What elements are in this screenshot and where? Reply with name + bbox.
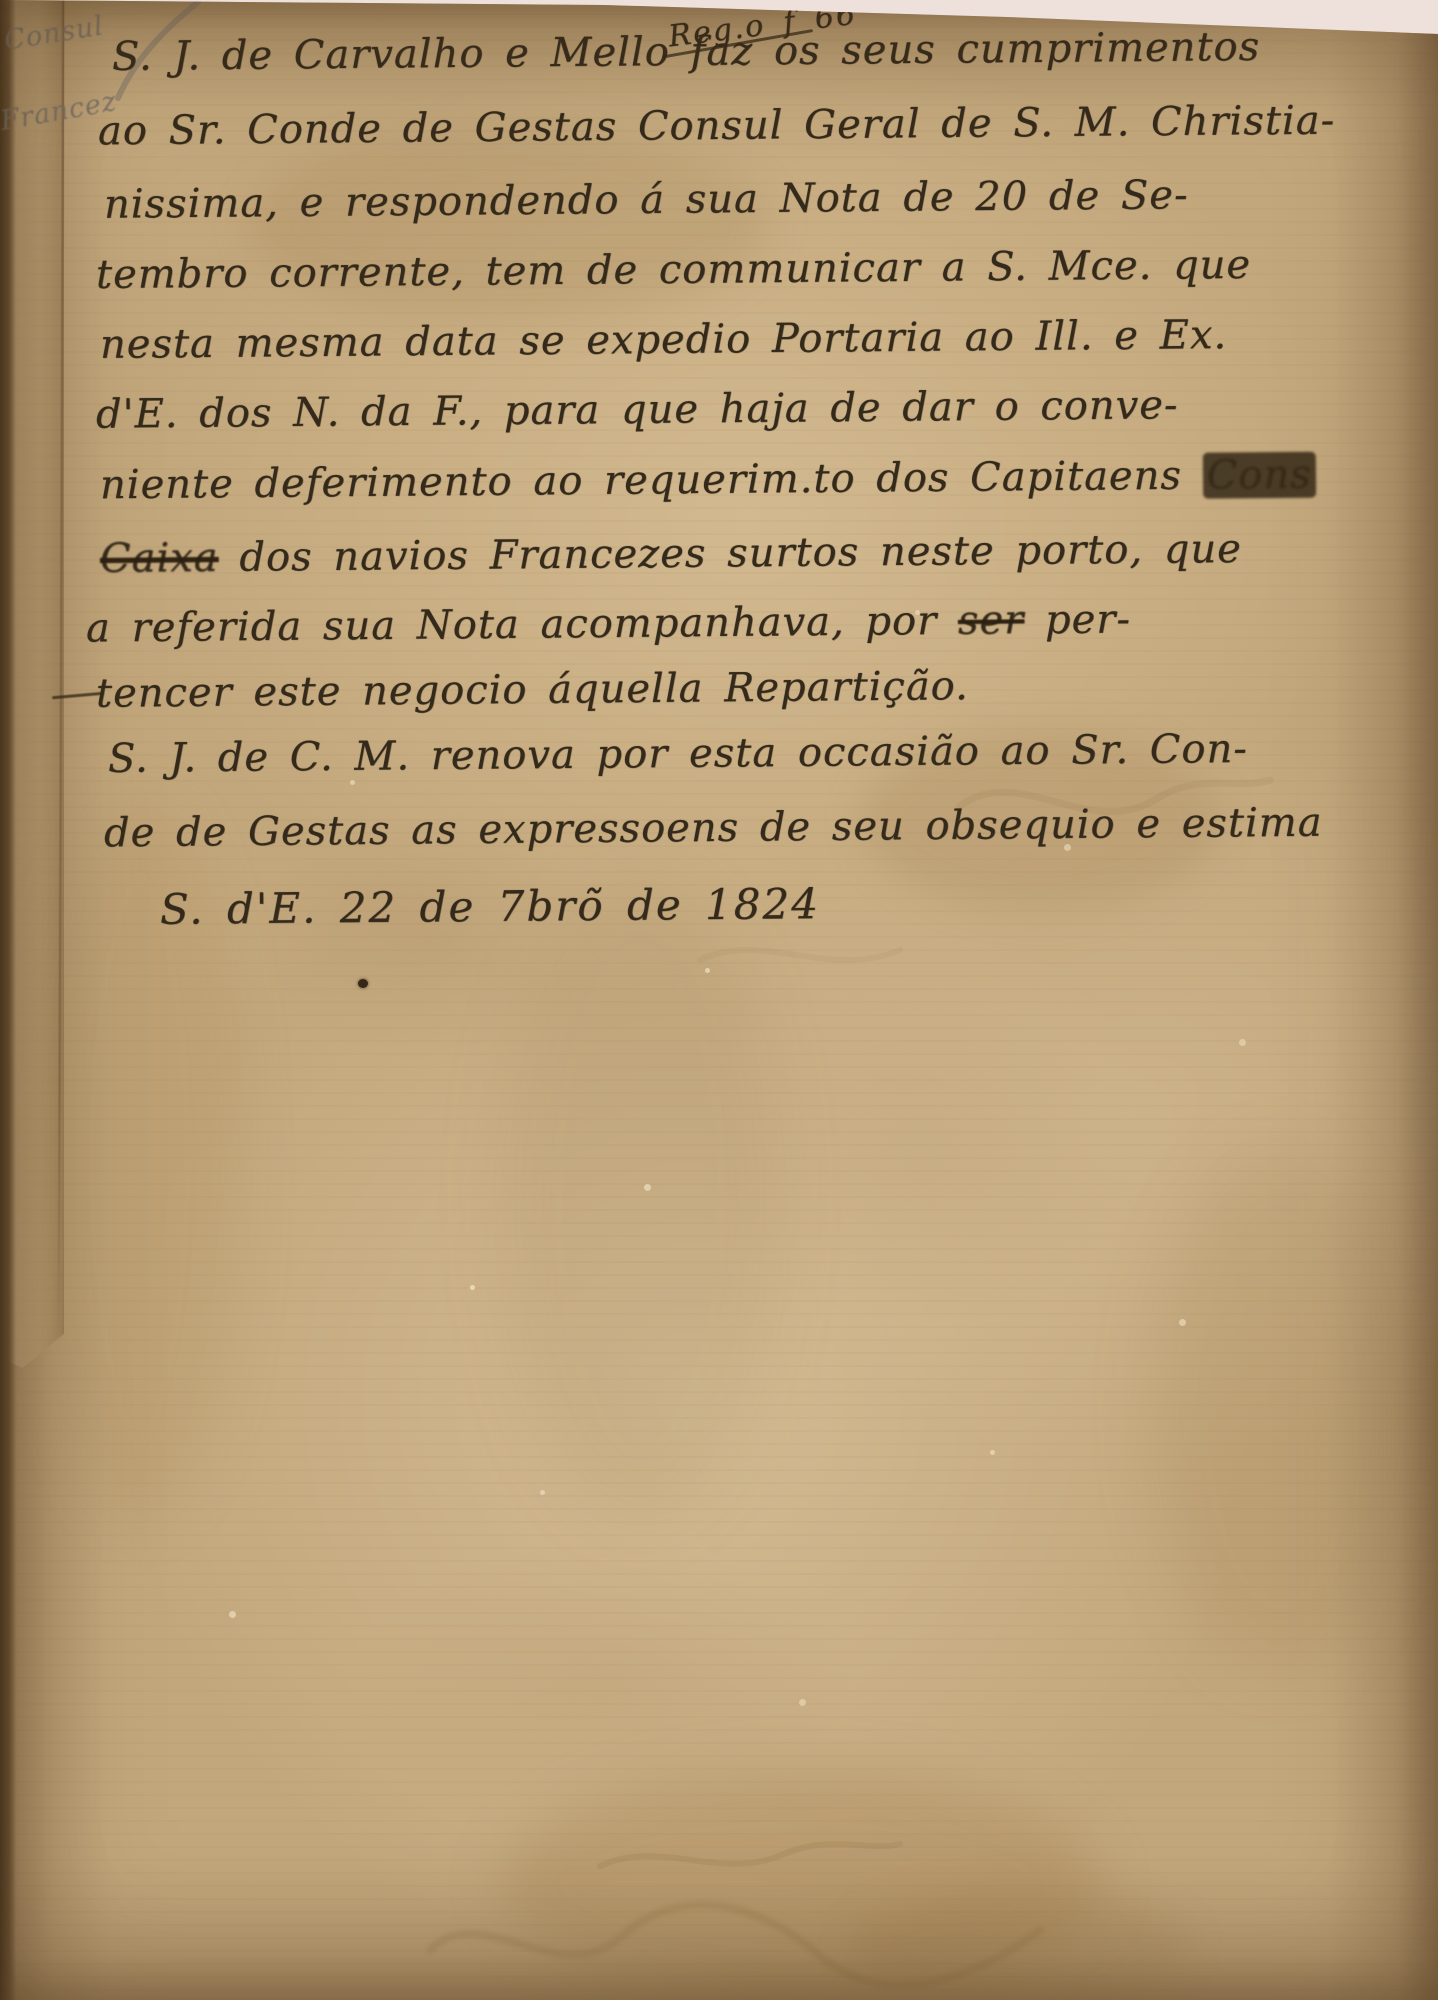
paper-stain xyxy=(500,1770,1100,2000)
manuscript-line: niente deferimento ao requerim.to dos Ca… xyxy=(100,451,1316,510)
ink-speck xyxy=(358,979,368,988)
manuscript-line: de de Gestas as expressoens de seu obseq… xyxy=(104,799,1323,858)
line-text: S. J. de Carvalho e Mello faz os seus cu… xyxy=(112,24,1261,80)
line-text: ao Sr. Conde de Gestas Consul Geral de S… xyxy=(98,98,1335,155)
paper-stain xyxy=(1150,1150,1410,1670)
line-text: tencer este negocio áquella Repartição. xyxy=(96,663,969,717)
paper-stain xyxy=(850,1890,1190,2000)
manuscript-page: Consul Francez Reg.o f 66 S. J. de Carva… xyxy=(0,0,1438,2000)
line-text: nesta mesma data se expedio Portaria ao … xyxy=(100,312,1227,368)
manuscript-line: ao Sr. Conde de Gestas Consul Geral de S… xyxy=(98,97,1335,156)
manuscript-line: Caixa dos navios Francezes surtos neste … xyxy=(100,525,1242,583)
line-text: de de Gestas as expressoens de seu obseq… xyxy=(104,800,1323,857)
ink-bleed-through-marks xyxy=(0,0,1438,2000)
line-text: per- xyxy=(1045,596,1131,643)
manuscript-line: tencer este negocio áquella Repartição. xyxy=(96,662,969,718)
manuscript-line: S. J. de C. M. renova por esta occasião … xyxy=(108,725,1248,783)
manuscript-line: tembro corrente, tem de communicar a S. … xyxy=(96,241,1252,299)
dateline: S. d'E. 22 de 7brõ de 1824 xyxy=(160,879,820,935)
binding-shadow-edge xyxy=(0,0,16,2000)
line-text: niente deferimento ao requerim.to dos Ca… xyxy=(100,453,1182,508)
manuscript-line: d'E. dos N. da F., para que haja de dar … xyxy=(96,381,1179,438)
manuscript-line: nissima, e respondendo á sua Nota de 20 … xyxy=(104,171,1189,228)
struck-out-word: ser xyxy=(958,597,1025,644)
struck-out-word: Cons xyxy=(1202,452,1315,499)
line-text: d'E. dos N. da F., para que haja de dar … xyxy=(96,382,1179,437)
scanner-background: Consul Francez Reg.o f 66 S. J. de Carva… xyxy=(0,0,1438,2000)
line-text: dos navios Francezes surtos neste porto,… xyxy=(239,526,1242,581)
line-text: S. J. de C. M. renova por esta occasião … xyxy=(108,726,1248,782)
paper-flecks xyxy=(470,1285,475,1290)
line-text: tembro corrente, tem de communicar a S. … xyxy=(96,242,1251,298)
paper-stain xyxy=(500,880,780,1520)
manuscript-line: nesta mesma data se expedio Portaria ao … xyxy=(100,311,1228,369)
line-text: nissima, e respondendo á sua Nota de 20 … xyxy=(104,172,1189,227)
line-text: a referida sua Nota acompanhava, por xyxy=(86,598,938,651)
manuscript-line: a referida sua Nota acompanhava, por ser… xyxy=(86,595,1131,652)
manuscript-line: S. J. de Carvalho e Mello faz os seus cu… xyxy=(112,23,1261,81)
struck-out-word: Caixa xyxy=(100,535,219,582)
